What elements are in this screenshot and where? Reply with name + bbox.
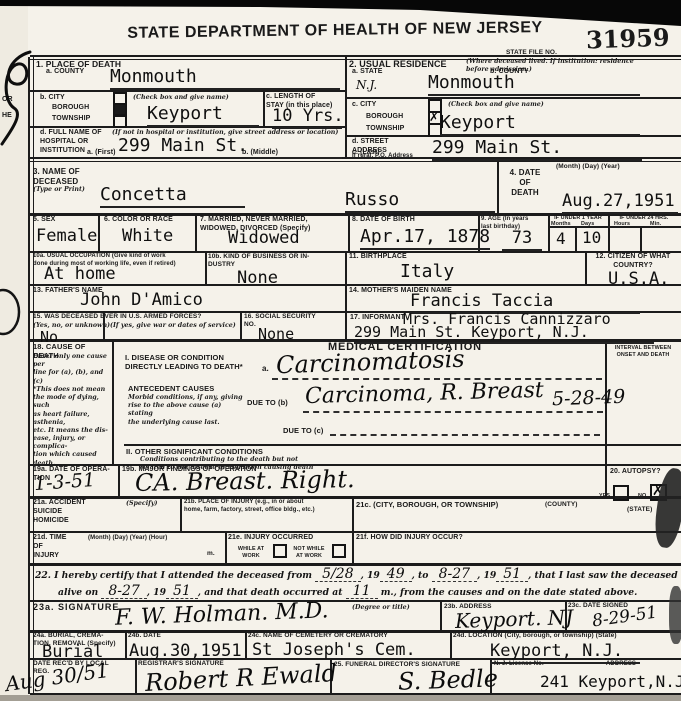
county-label: a. COUNTY [46,68,84,77]
informant-address-value: 299 Main St. Keyport, N.J. [354,325,654,344]
checkbox-not-while-at-work [332,544,346,558]
certify-text: , to [412,570,429,581]
city-label: b. CITY [40,94,65,103]
rule-h [30,563,681,566]
certify-year3-value: 51 [166,584,198,599]
rule-v [195,214,197,252]
checkbox-while-at-work [273,544,287,558]
certify-year1-value: 49 [380,567,412,582]
date-of-birth-label: 8. DATE OF BIRTH [352,216,415,225]
certify-hour-value: 11 [346,584,378,599]
funeral-director-signature-value: S. Bedle [398,666,499,693]
citizen-label: 12. CITIZEN OF WHAT COUNTRY? [589,253,677,271]
document-title: STATE DEPARTMENT OF HEALTH OF NEW JERSEY [100,19,570,44]
residence-township-label: TOWNSHIP [366,125,404,134]
sex-label: 5. SEX [33,216,55,225]
birthplace-label: 11. BIRTHPLACE [349,253,407,262]
interval-b-value: 5-28-49 [552,388,626,410]
hours-label: Hours [614,221,630,228]
rule-v [118,464,120,497]
accident-suicide-homicide-label: 21a. ACCIDENT SUICIDE HOMICIDE [33,499,86,525]
county-value: Monmouth [110,68,340,90]
length-of-stay-value: 10 Yrs. [272,108,342,129]
certify-text: alive on [58,587,98,598]
rule-v [345,251,347,285]
months-value: 4 [556,231,566,247]
meridiem-label: m. [207,550,215,558]
father-name-value: John D'Amico [80,292,203,309]
rule-v [352,531,354,564]
date-of-birth-value: Apr.17, 1878 [360,228,490,250]
injury-occurred-label: 21e. INJURY OCCURRED [228,534,350,543]
last-name-value: Russo [345,191,495,213]
burial-location-value: Keyport, N.J. [490,643,640,664]
residence-borough-label: BOROUGH [366,113,403,122]
scan-edge-bottom [0,695,681,701]
antecedent-note: Morbid conditions, if any, giving rise t… [128,394,248,427]
certify-text: , 19 [361,570,380,581]
cemetery-label: 24c. NAME OF CEMETERY OR CREMATORY [248,632,448,640]
injury-city-label: 21c. (CITY, BOROUGH, OR TOWNSHIP) [356,500,498,509]
days-label: Days [581,221,594,228]
disease-condition-label: I. DISEASE OR CONDITION DIRECTLY LEADING… [125,353,270,372]
rule-v [348,214,350,252]
autopsy-label: 20. AUTOPSY? [610,468,661,477]
armed-forces-hint2: (If yes, give war or dates of service) [110,322,238,330]
birthplace-value: Italy [400,263,454,281]
specify-hint: (Specify) [126,500,158,508]
rule-v [352,496,354,532]
due-to-c-label: DUE TO (c) [283,426,323,435]
rule-v [180,496,182,532]
death-certificate-scan: OR HE STATE DEPARTMENT OF HEALTH OF NEW … [0,0,681,701]
cause-a-value: Carcinomatosis [276,347,465,378]
cause-note-one: Enter only one cause per line for (a), (… [33,353,111,386]
place-of-injury-label: 21b. PLACE OF INJURY (e.g., in or about … [184,499,349,514]
not-while-at-work-label: NOT WHILE AT WORK [287,546,331,560]
rule-h [30,531,681,533]
how-injury-occurred-label: 21f. HOW DID INJURY OCCUR? [356,534,463,543]
certify-text: , and that death occurred at [198,587,343,598]
certify-from-value: 5/28 [315,567,360,582]
injury-county-label: (COUNTY) [545,501,578,509]
rule-h [345,97,681,99]
burial-date-label: 24b. DATE [128,632,161,640]
certify-text: , that I last saw the deceased [528,570,678,581]
certify-text: m., from the causes and on the date stat… [381,587,638,598]
checkbox-township [113,114,127,128]
rule-v [640,226,642,252]
borough-label: BOROUGH [52,104,89,113]
name-last-label: c. (Last) [352,149,380,158]
race-value: White [122,228,173,245]
degree-or-title-hint: (Degree or title) [352,604,410,612]
interval-header: INTERVAL BETWEEN ONSET AND DEATH [608,345,678,359]
state-value: N.J. [356,79,377,91]
certify-text: , 19 [147,587,166,598]
industry-label: 10b. KIND OF BUSINESS OR IN- DUSTRY [208,253,344,269]
check-box-hint: (Check box and give name) [133,94,229,102]
state-file-number-label: STATE FILE NO. [506,49,557,57]
cause-a-prefix: a. [262,364,269,374]
rule-v [605,339,607,497]
residence-city-value: Keyport [440,114,640,136]
rule-v [225,531,227,564]
date-of-death-hint: (Month) (Day) (Year) [556,163,620,171]
autopsy-no-label: NO [638,493,646,500]
race-label: 6. COLOR OR RACE [104,216,173,225]
marital-value: Widowed [228,230,300,247]
certify-statement-line2: alive on 8-27, 1951, and that death occu… [58,584,637,599]
residence-check-hint: (Check box and give name) [448,101,544,109]
first-name-value: Concetta [100,186,245,208]
autopsy-yes-label: YES [599,493,610,500]
certify-text: , 19 [477,570,496,581]
rule-v [345,284,347,312]
certify-year2-value: 51 [496,567,528,582]
days-value: 10 [582,230,601,246]
citizen-value: U.S.A. [608,271,669,288]
burial-location-label: 24d. LOCATION (City, borough, or townshi… [453,632,679,640]
entry-line [330,434,600,436]
entry-line [303,411,603,413]
months-label: Months [551,221,571,228]
sex-value: Female [36,228,97,245]
rule-v [28,57,30,694]
rule-v [245,630,247,659]
burial-type-value: Burial [42,644,103,661]
informant-label: 17. INFORMANT [350,314,405,323]
time-of-injury-hint: (Month) (Day) (Year) (Hour) [88,535,218,543]
rule-v [125,630,127,659]
industry-value: None [237,270,278,287]
state-label: a. STATE [352,68,383,77]
physician-signature-label: 23a. SIGNATURE [33,602,119,613]
rule-h [30,90,345,92]
township-label: TOWNSHIP [52,115,90,124]
residence-city-label: c. CITY [352,101,376,110]
rule-v [98,214,100,252]
rule-v [135,658,137,694]
while-at-work-label: WHILE AT WORK [230,546,272,560]
armed-forces-value: No [40,330,58,345]
rule-h [30,284,681,286]
certify-alive-value: 8-27 [101,584,146,599]
checkbox-autopsy-yes [613,485,629,501]
burial-date-value: Aug.30,1951 [129,643,242,660]
type-or-print-hint: (Type or Print) [33,186,85,194]
ssn-value: None [258,327,294,342]
date-of-death-value: Aug.27,1951 [562,193,678,214]
physician-address-value: Keyport. NJ [455,607,574,631]
handwritten-margin-scribble [0,48,36,150]
age-value: 73 [502,230,542,251]
rule-h [124,444,681,446]
name-of-deceased-title: 3. NAME OF DECEASED [33,167,80,187]
handwritten-margin-loop [0,286,22,338]
rule-v [440,600,442,631]
rule-v [205,251,207,285]
date-of-operation-value: 1-3-51 [33,471,95,494]
rule-v [112,339,114,465]
other-conditions-label: II. OTHER SIGNIFICANT CONDITIONS [126,447,263,456]
time-of-injury-label: 21d. TIME OF INJURY [33,534,67,560]
major-findings-value: CA. Breast. Right. [135,467,355,495]
rule-v [450,630,452,659]
cause-note-two: *This does not mean the mode of dying, s… [33,386,111,468]
rule-v [345,57,347,158]
min-label: Min. [650,221,661,228]
antecedent-causes-label: ANTECEDENT CAUSES [128,384,214,393]
rule-v [575,226,577,252]
director-address-value: 241 Keyport,N.J. [540,674,681,690]
rule-v [345,311,347,340]
physician-signature-value: F. W. Holman. M.D. [115,600,329,629]
scan-blotch-right-lower [669,586,681,644]
rule-v [497,158,499,214]
certify-text: 22. I hereby certify that I attended the… [35,570,312,581]
name-middle-label: b. (Middle) [242,149,278,158]
state-file-number: 31959 [586,23,670,55]
street-address-value: 299 Main St. [432,139,642,161]
scan-blotch-right [652,467,681,550]
injury-state-label: (STATE) [627,506,652,514]
occupation-value: At home [44,266,116,283]
due-to-b-label: DUE TO (b) [247,398,288,407]
due-to-b-value: Carcinoma, R. Breast [305,380,544,408]
armed-forces-label: 15. WAS DECEASED EVER IN U.S. ARMED FORC… [33,313,243,321]
city-value: Keyport [147,105,259,127]
rule-h [30,496,681,499]
date-of-death-label: 4. DATE OF DEATH [500,168,550,198]
name-first-label: a. (First) [87,149,116,158]
rule-v [585,251,587,285]
certify-to-value: 8-27 [432,567,477,582]
rule-v [263,91,265,127]
certify-statement-line1: 22. I hereby certify that I attended the… [35,567,678,582]
borough-check-mark: ✗ [429,110,439,124]
residence-county-value: Monmouth [428,74,640,96]
cemetery-value: St Joseph's Cem. [252,642,416,659]
institution-value: 299 Main St. [118,137,342,159]
